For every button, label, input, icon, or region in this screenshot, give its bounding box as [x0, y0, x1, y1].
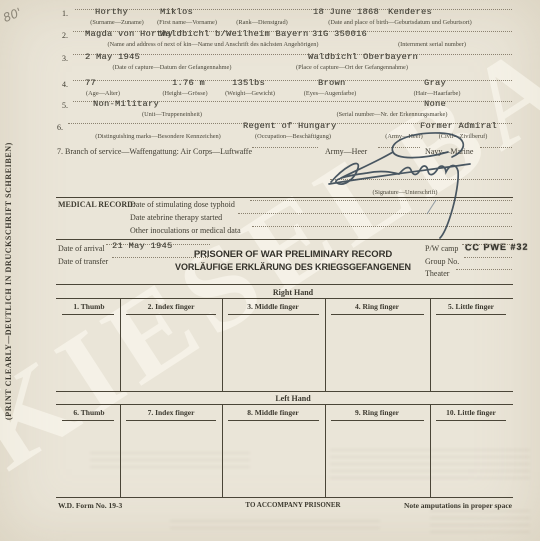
signature-label: (Signature—Unterschrift): [372, 189, 437, 196]
right-ring-header: 4. Ring finger: [355, 302, 399, 311]
inoculations-line: Other inoculations or medical data: [130, 226, 241, 235]
right-middle-header: 3. Middle finger: [247, 302, 298, 311]
left-thumb-header: 6. Thumb: [73, 408, 104, 417]
signature-dotted-line: [330, 179, 512, 180]
capture-place-value: Waldbichl Oberbayern: [308, 52, 418, 62]
date-of-arrival-label: Date of arrival: [58, 244, 105, 253]
left-middle-header: 8. Middle finger: [247, 408, 298, 417]
age-label: (Age—Alter): [86, 90, 120, 97]
header-underline: [436, 314, 506, 315]
dotted-line: [464, 257, 512, 258]
bleed-through-smear: [90, 450, 250, 468]
section-rule: [56, 197, 513, 198]
pencil-slash-mark: [427, 200, 436, 214]
group-no-label: Group No.: [425, 257, 459, 266]
surname-value: Horthy: [95, 7, 128, 17]
unit-value: Non-Military: [93, 99, 159, 109]
army-label: (Army—Heer): [385, 133, 422, 140]
row3-number: 3.: [62, 54, 68, 63]
date-of-transfer-label: Date of transfer: [58, 257, 108, 266]
branch-of-service-line: 7. Branch of service—Waffengattung: Air …: [57, 147, 252, 156]
pw-camp-label: P/W camp: [425, 244, 458, 253]
table-divider: [325, 298, 326, 391]
dotted-line: [250, 200, 512, 201]
dotted-line: [480, 147, 512, 148]
first-name-label: (First name—Vorname): [157, 19, 217, 26]
table-rule: [56, 391, 513, 392]
theater-label: Theater: [425, 269, 449, 278]
birth-place-value: Kenderes: [388, 7, 432, 17]
unit-label: (Unit—Truppeneinheit): [142, 111, 202, 118]
accompany-prisoner-note: TO ACCOMPANY PRISONER: [245, 501, 340, 509]
form-title-german: VORLÄUFIGE ERKLÄRUNG DES KRIEGSGEFANGENE…: [175, 262, 411, 272]
dotted-line: [252, 147, 318, 148]
table-bottom-rule: [56, 497, 513, 498]
header-underline: [436, 420, 506, 421]
internment-serial-label: (Internment serial number): [398, 41, 466, 48]
occupation-value: Regent of Hungary: [243, 121, 337, 131]
table-divider: [430, 298, 431, 391]
header-underline: [228, 420, 319, 421]
right-hand-title: Right Hand: [273, 288, 313, 297]
row2-number: 2.: [62, 31, 68, 40]
row5-number: 5.: [62, 101, 68, 110]
dotted-line: [378, 147, 420, 148]
left-hand-title: Left Hand: [275, 394, 310, 403]
next-of-kin-label: (Name and address of next of kin—Name un…: [107, 41, 318, 48]
dotted-line: [238, 213, 512, 214]
header-underline: [228, 314, 319, 315]
bleed-through-smear: [330, 445, 530, 479]
id-tag-value: None: [424, 99, 446, 109]
age-value: 77: [85, 78, 96, 88]
row6-number: 6.: [57, 123, 63, 132]
atebrine-line: Date atebrine therapy started: [130, 213, 222, 222]
bleed-through-smear: [430, 505, 530, 533]
header-underline: [331, 314, 424, 315]
hair-value: Gray: [424, 78, 446, 88]
pow-record-form: KIESELBACH (PRINT CLEARLY—DEUTLICH IN DR…: [0, 0, 540, 541]
table-rule: [56, 404, 513, 405]
army-heer-option: Army—Heer: [325, 147, 367, 156]
medical-record-heading: MEDICAL RECORD:: [58, 200, 136, 209]
print-clearly-margin-note: (PRINT CLEARLY—DEUTLICH IN DRUCKSCHRIFT …: [4, 110, 13, 420]
pencil-corner-note: 80': [1, 5, 23, 25]
civil-label: (Civil—Zivilberuf): [439, 133, 488, 140]
eyes-value: Brown: [318, 78, 346, 88]
table-rule: [56, 298, 513, 299]
weight-value: 135lbs: [232, 78, 265, 88]
height-value: 1.76 m: [172, 78, 205, 88]
left-ring-header: 9. Ring finger: [355, 408, 399, 417]
form-number: W.D. Form No. 19-3: [58, 501, 122, 510]
left-little-header: 10. Little finger: [446, 408, 496, 417]
dotted-line: [73, 80, 512, 81]
dotted-line: [75, 9, 512, 10]
birth-date-value: 18 June 1868: [313, 7, 379, 17]
distinguishing-marks-label: (Distinguishing marks—Besondere Kennzeic…: [95, 133, 221, 140]
eyes-label: (Eyes—Augenfarbe): [304, 90, 356, 97]
table-divider: [222, 298, 223, 391]
row1-number: 1.: [62, 9, 68, 18]
capture-date-label: (Date of capture—Datum der Gefangennahme…: [113, 64, 232, 71]
row4-number: 4.: [62, 80, 68, 89]
typhoid-line: Date of stimulating dose typhoid: [130, 200, 235, 209]
table-divider: [325, 404, 326, 497]
serial-number-value: 31G 350016: [312, 29, 367, 39]
table-top-rule: [56, 284, 513, 285]
table-divider: [120, 298, 121, 391]
header-underline: [331, 420, 424, 421]
header-underline: [62, 314, 114, 315]
left-index-header: 7. Index finger: [148, 408, 195, 417]
right-index-header: 2. Index finger: [148, 302, 195, 311]
rank-label: (Rank—Dienstgrad): [236, 19, 287, 26]
header-underline: [126, 314, 216, 315]
dotted-line: [252, 226, 512, 227]
civil-occupation-value: Former Admiral: [420, 121, 497, 131]
right-thumb-header: 1. Thumb: [73, 302, 104, 311]
occupation-label: (Occupation—Beschäftigung): [255, 133, 331, 140]
id-tag-label: (Serial number—Nr. der Erkennungsmarke): [337, 111, 448, 118]
surname-label: (Surname—Zuname): [90, 19, 144, 26]
right-little-header: 5. Little finger: [448, 302, 494, 311]
capture-place-label: (Place of capture—Ort der Gefangennahme): [296, 64, 408, 71]
date-of-arrival-value: 21 May 1945: [112, 241, 173, 251]
header-underline: [126, 420, 216, 421]
header-underline: [62, 420, 114, 421]
weight-label: (Weight—Gewicht): [225, 90, 275, 97]
capture-date-value: 2 May 1945: [85, 52, 140, 62]
dotted-line: [456, 269, 512, 270]
kin-address-value: Waldbichl b/Weilheim Bayern: [160, 29, 309, 39]
bleed-through-smear: [170, 515, 380, 529]
first-name-value: Miklos: [160, 7, 193, 17]
hair-label: (Hair—Haarfarbe): [414, 90, 461, 97]
navy-marine-option: Navy—Marine: [425, 147, 473, 156]
birth-label: (Date and place of birth—Geburtsdatum un…: [328, 19, 471, 26]
dotted-line: [462, 244, 512, 245]
height-label: (Height—Grösse): [162, 90, 207, 97]
form-title-english: PRISONER OF WAR PRELIMINARY RECORD: [194, 249, 392, 260]
